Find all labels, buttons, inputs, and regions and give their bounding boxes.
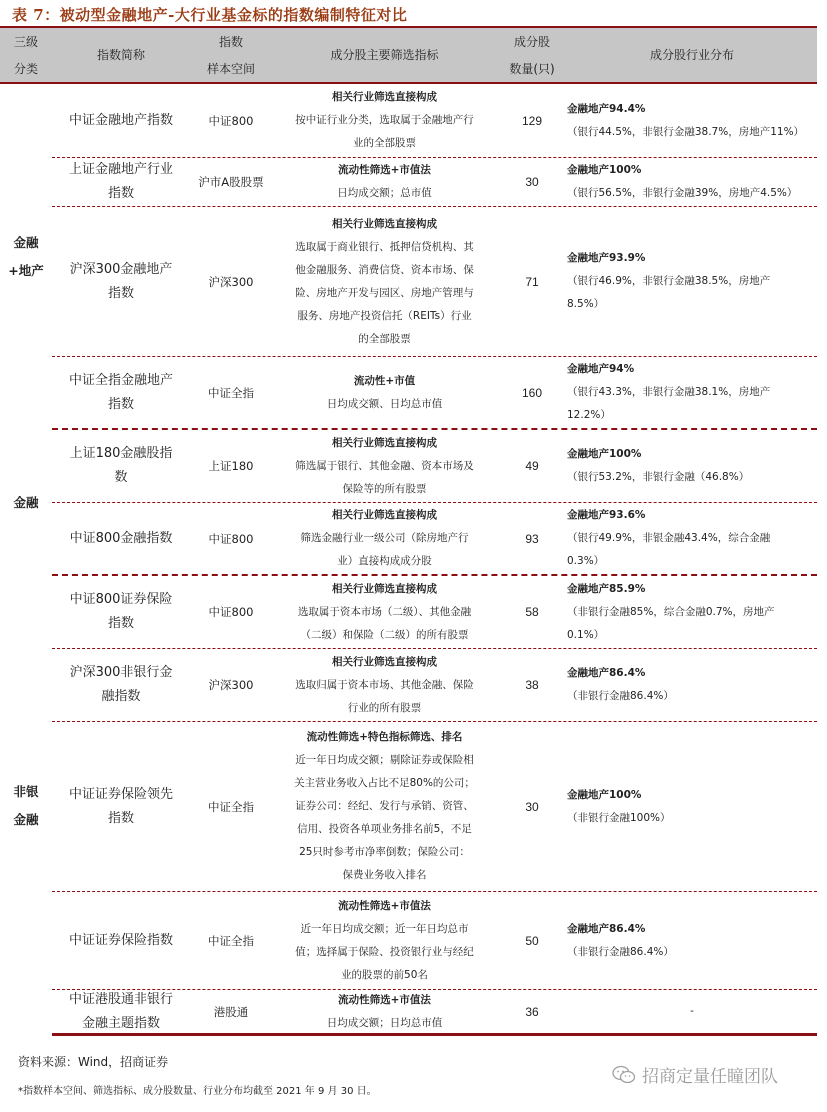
index-name-cell: 上证180金融股指数 <box>52 430 190 502</box>
header-category: 三级 分类 <box>0 28 52 82</box>
header-index-name: 指数简称 <box>52 28 190 82</box>
industry-distribution-cell: - <box>567 990 817 1033</box>
table-row: 上证180金融股指数上证180相关行业筛选直接构成筛选属于银行、其他金融、资本市… <box>52 430 817 503</box>
table-row: 中证港股通非银行金融主题指数港股通流动性筛选+市值法日均成交额；日均总市值36- <box>52 990 817 1036</box>
table-title: 表 7：被动型金融地产-大行业基金标的指数编制特征对比 <box>12 4 407 25</box>
sample-space-cell: 中证800 <box>190 84 272 157</box>
industry-distribution-cell: 金融地产86.4%（非银行金融86.4%） <box>567 649 817 721</box>
constituent-count-cell: 36 <box>497 990 567 1033</box>
footnote: *指数样本空间、筛选指标、成分股数量、行业分布均截至 2021 年 9 月 30… <box>18 1082 377 1097</box>
sample-space-cell: 中证800 <box>190 503 272 574</box>
table-row: 中证证券保险指数中证全指流动性筛选+市值法近一年日均成交额；近一年日均总市值；选… <box>52 892 817 990</box>
industry-distribution-cell: 金融地产93.9%（银行46.9%，非银行金融38.5%，房地产8.5%） <box>567 207 817 356</box>
industry-distribution-cell: 金融地产100%（银行53.2%，非银行金融（46.8%） <box>567 430 817 502</box>
index-name-cell: 中证800证券保险指数 <box>52 576 190 648</box>
constituent-count-cell: 49 <box>497 430 567 502</box>
header-count: 成分股 数量(只) <box>497 28 567 82</box>
comparison-table: 三级 分类 指数简称 指数 样本空间 成分股主要筛选指标 成分股 数量(只) 成… <box>0 26 817 1036</box>
header-distribution: 成分股行业分布 <box>567 28 817 82</box>
criteria-cell: 相关行业筛选直接构成选取归属于资本市场、其他金融、保险行业的所有股票 <box>272 649 497 721</box>
index-name-cell: 上证金融地产行业指数 <box>52 158 190 206</box>
row-group: 金融上证180金融股指数上证180相关行业筛选直接构成筛选属于银行、其他金融、资… <box>0 430 817 576</box>
industry-distribution-cell: 金融地产100%（非银行金融100%） <box>567 722 817 891</box>
row-group: 金融+地产中证金融地产指数中证800相关行业筛选直接构成按中证行业分类，选取属于… <box>0 84 817 430</box>
index-name-cell: 中证金融地产指数 <box>52 84 190 157</box>
index-name-cell: 中证港股通非银行金融主题指数 <box>52 990 190 1033</box>
table-row: 中证证券保险领先指数中证全指流动性筛选+特色指标筛选、排名近一年日均成交额；剔除… <box>52 722 817 892</box>
sample-space-cell: 沪深300 <box>190 207 272 356</box>
industry-distribution-cell: 金融地产94%（银行43.3%，非银行金融38.1%，房地产12.2%） <box>567 357 817 428</box>
constituent-count-cell: 93 <box>497 503 567 574</box>
watermark: 招商定量任瞳团队 <box>612 1062 778 1087</box>
table-body: 金融+地产中证金融地产指数中证800相关行业筛选直接构成按中证行业分类，选取属于… <box>0 84 817 1036</box>
industry-distribution-cell: 金融地产86.4%（非银行金融86.4%） <box>567 892 817 989</box>
index-name-cell: 中证全指金融地产指数 <box>52 357 190 428</box>
criteria-cell: 流动性+市值日均成交额、日均总市值 <box>272 357 497 428</box>
sample-space-cell: 中证全指 <box>190 722 272 891</box>
index-name-cell: 中证证券保险领先指数 <box>52 722 190 891</box>
table-row: 中证800金融指数中证800相关行业筛选直接构成筛选金融行业一级公司（除房地产行… <box>52 503 817 576</box>
sample-space-cell: 上证180 <box>190 430 272 502</box>
industry-distribution-cell: 金融地产94.4%（银行44.5%，非银行金融38.7%，房地产11%） <box>567 84 817 157</box>
index-name-cell: 中证证券保险指数 <box>52 892 190 989</box>
row-group: 非银金融中证800证券保险指数中证800相关行业筛选直接构成选取属于资本市场（二… <box>0 576 817 1036</box>
table-row: 沪深300金融地产指数沪深300相关行业筛选直接构成选取属于商业银行、抵押信贷机… <box>52 207 817 357</box>
table-row: 中证全指金融地产指数中证全指流动性+市值日均成交额、日均总市值160金融地产94… <box>52 357 817 430</box>
constituent-count-cell: 71 <box>497 207 567 356</box>
criteria-cell: 流动性筛选+市值法日均成交额；总市值 <box>272 158 497 206</box>
constituent-count-cell: 160 <box>497 357 567 428</box>
table-row: 中证800证券保险指数中证800相关行业筛选直接构成选取属于资本市场（二级）、其… <box>52 576 817 649</box>
header-criteria: 成分股主要筛选指标 <box>272 28 497 82</box>
index-name-cell: 沪深300非银行金融指数 <box>52 649 190 721</box>
constituent-count-cell: 50 <box>497 892 567 989</box>
criteria-cell: 相关行业筛选直接构成按中证行业分类，选取属于金融地产行业的全部股票 <box>272 84 497 157</box>
criteria-cell: 流动性筛选+市值法日均成交额；日均总市值 <box>272 990 497 1033</box>
constituent-count-cell: 30 <box>497 722 567 891</box>
sample-space-cell: 中证全指 <box>190 892 272 989</box>
industry-distribution-cell: 金融地产100%（银行56.5%，非银行金融39%，房地产4.5%） <box>567 158 817 206</box>
constituent-count-cell: 129 <box>497 84 567 157</box>
sample-space-cell: 港股通 <box>190 990 272 1033</box>
sample-space-cell: 中证全指 <box>190 357 272 428</box>
header-sample-space: 指数 样本空间 <box>190 28 272 82</box>
criteria-cell: 相关行业筛选直接构成选取属于资本市场（二级）、其他金融（二级）和保险（二级）的所… <box>272 576 497 648</box>
constituent-count-cell: 38 <box>497 649 567 721</box>
group-label: 金融 <box>0 430 52 576</box>
sample-space-cell: 沪深300 <box>190 649 272 721</box>
table-row: 沪深300非银行金融指数沪深300相关行业筛选直接构成选取归属于资本市场、其他金… <box>52 649 817 722</box>
criteria-cell: 相关行业筛选直接构成筛选金融行业一级公司（除房地产行业）直接构成成分股 <box>272 503 497 574</box>
criteria-cell: 相关行业筛选直接构成选取属于商业银行、抵押信贷机构、其他金融服务、消费信贷、资本… <box>272 207 497 356</box>
constituent-count-cell: 58 <box>497 576 567 648</box>
table-header: 三级 分类 指数简称 指数 样本空间 成分股主要筛选指标 成分股 数量(只) 成… <box>0 26 817 84</box>
criteria-cell: 流动性筛选+市值法近一年日均成交额；近一年日均总市值；选择属于保险、投资银行业与… <box>272 892 497 989</box>
industry-distribution-cell: 金融地产93.6%（银行49.9%，非银金融43.4%，综合金融0.3%） <box>567 503 817 574</box>
sample-space-cell: 沪市A股股票 <box>190 158 272 206</box>
criteria-cell: 相关行业筛选直接构成筛选属于银行、其他金融、资本市场及保险等的所有股票 <box>272 430 497 502</box>
index-name-cell: 中证800金融指数 <box>52 503 190 574</box>
group-label: 非银金融 <box>0 576 52 1036</box>
index-name-cell: 沪深300金融地产指数 <box>52 207 190 356</box>
constituent-count-cell: 30 <box>497 158 567 206</box>
source-note: 资料来源：Wind，招商证券 <box>18 1053 168 1070</box>
group-label: 金融+地产 <box>0 84 52 430</box>
sample-space-cell: 中证800 <box>190 576 272 648</box>
table-row: 上证金融地产行业指数沪市A股股票流动性筛选+市值法日均成交额；总市值30金融地产… <box>52 158 817 207</box>
criteria-cell: 流动性筛选+特色指标筛选、排名近一年日均成交额；剔除证券或保险相关主营业务收入占… <box>272 722 497 891</box>
industry-distribution-cell: 金融地产85.9%（非银行金融85%，综合金融0.7%，房地产0.1%） <box>567 576 817 648</box>
wechat-icon <box>612 1065 636 1085</box>
table-row: 中证金融地产指数中证800相关行业筛选直接构成按中证行业分类，选取属于金融地产行… <box>52 84 817 158</box>
